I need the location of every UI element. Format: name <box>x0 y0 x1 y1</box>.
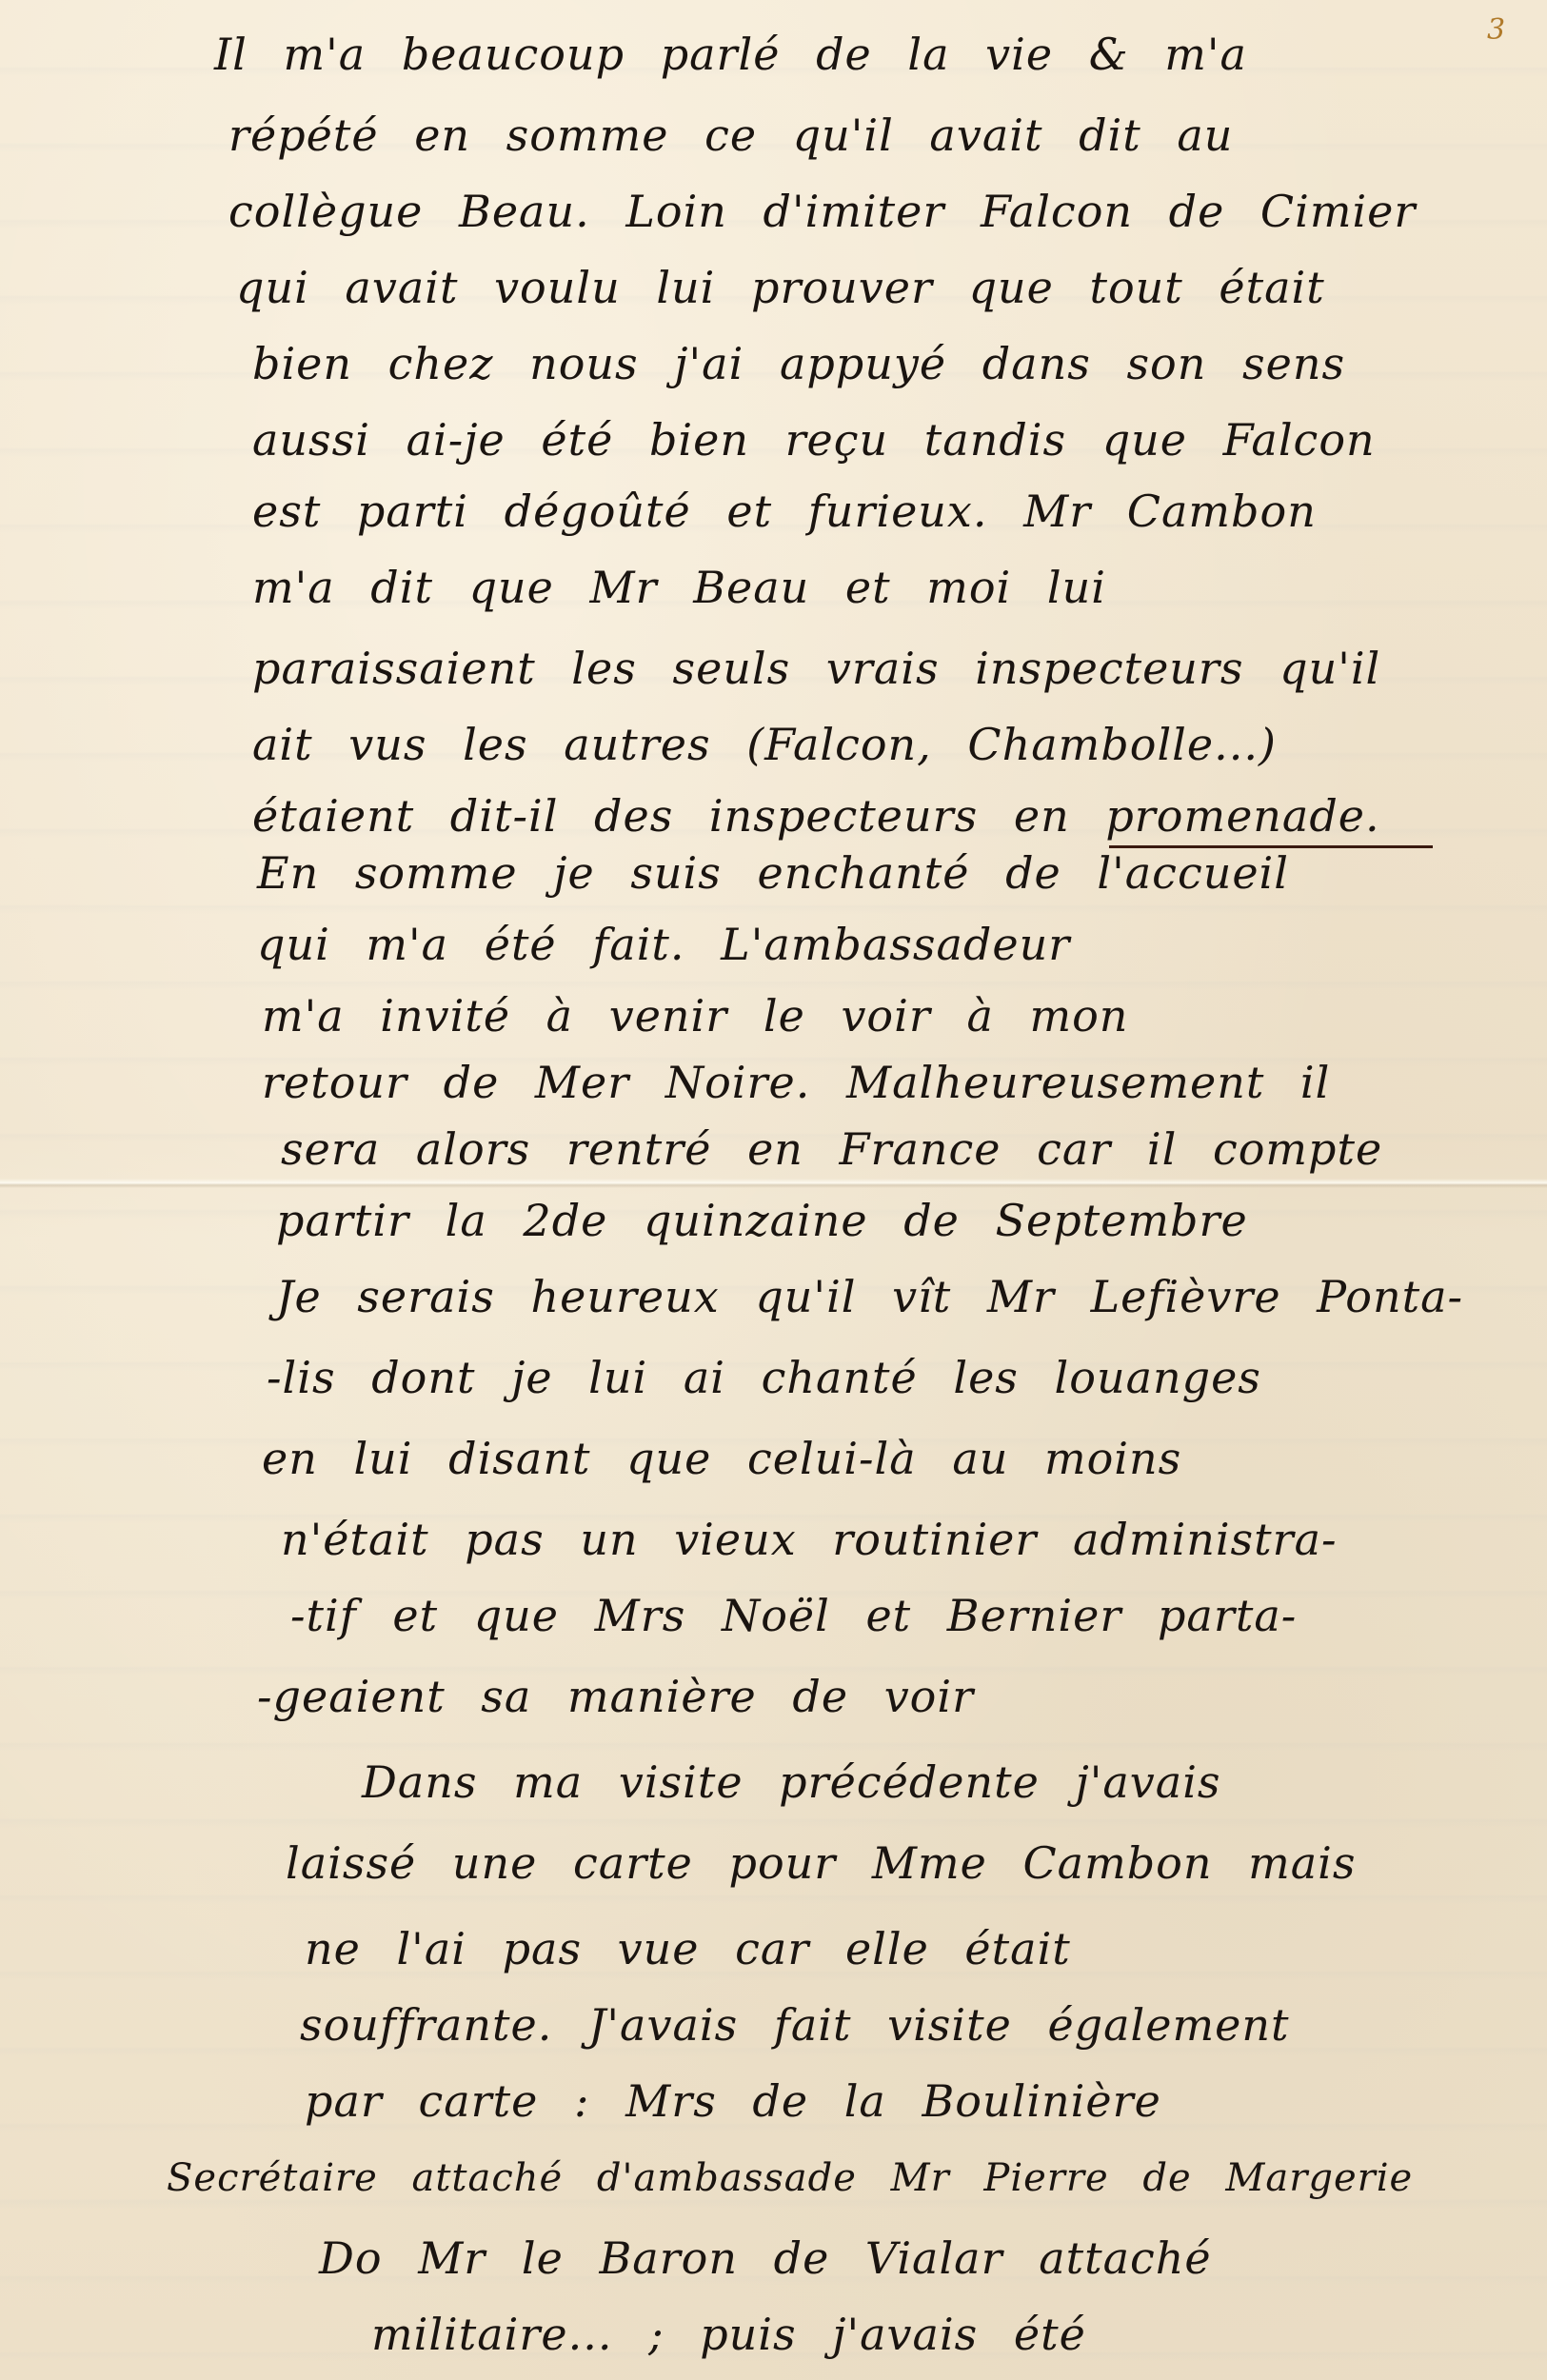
text-line: m'a invité à venir le voir à mon <box>262 990 1128 1041</box>
text-line-paragraph-start: Dans ma visite précédente j'avais <box>362 1756 1221 1808</box>
text-line: retour de Mer Noire. Malheureusement il <box>262 1057 1330 1108</box>
text-line: qui avait voulu lui prouver que tout éta… <box>236 262 1325 313</box>
text-line: bien chez nous j'ai appuyé dans son sens <box>252 338 1345 389</box>
text-line: n'était pas un vieux routinier administr… <box>281 1514 1338 1565</box>
paper-fold <box>0 1179 1547 1188</box>
text-line: aussi ai-je été bien reçu tandis que Fal… <box>252 414 1376 466</box>
text-line: collègue Beau. Loin d'imiter Falcon de C… <box>228 186 1416 237</box>
text-line: répété en somme ce qu'il avait dit au <box>228 109 1233 161</box>
text-line: par carte : Mrs de la Boulinière <box>305 2075 1161 2127</box>
text-line: Secrétaire attaché d'ambassade Mr Pierre… <box>167 2156 1413 2200</box>
text-line: qui m'a été fait. L'ambassadeur <box>257 919 1070 970</box>
text-line: paraissaient les seuls vrais inspecteurs… <box>252 643 1380 694</box>
text-line: en lui disant que celui-là au moins <box>262 1433 1181 1484</box>
text-line: -lis dont je lui ai chanté les louanges <box>267 1352 1261 1403</box>
text-line: -geaient sa manière de voir <box>257 1671 974 1722</box>
text-line: ait vus les autres (Falcon, Chambolle...… <box>252 719 1277 770</box>
text-line: partir la 2de quinzaine de Septembre <box>276 1195 1248 1246</box>
text-line: militaire... ; puis j'avais été <box>371 2309 1086 2360</box>
text-line: est parti dégoûté et furieux. Mr Cambon <box>252 486 1317 537</box>
text-line: laissé une carte pour Mme Cambon mais <box>286 1837 1356 1889</box>
text-line: m'a dit que Mr Beau et moi lui <box>252 562 1106 613</box>
text-line: Je serais heureux qu'il vît Mr Lefièvre … <box>276 1271 1463 1322</box>
text-line: souffrante. J'avais fait visite égalemen… <box>300 1999 1289 2051</box>
text-line: En somme je suis enchanté de l'accueil <box>257 847 1289 899</box>
text-line-underlined-phrase: étaient dit-il des inspecteurs en promen… <box>252 790 1380 842</box>
text-line: Do Mr le Baron de Vialar attaché <box>319 2232 1212 2284</box>
text-line: Il m'a beaucoup parlé de la vie & m'a <box>214 29 1247 80</box>
letter-page: 3 Il m'a beaucoup parlé de la vie & m'a … <box>0 0 1547 2380</box>
text-line: sera alors rentré en France car il compt… <box>281 1123 1382 1175</box>
text-line: -tif et que Mrs Noël et Bernier parta- <box>290 1590 1297 1641</box>
text-line: ne l'ai pas vue car elle était <box>305 1923 1071 1974</box>
page-number: 3 <box>1487 13 1505 47</box>
